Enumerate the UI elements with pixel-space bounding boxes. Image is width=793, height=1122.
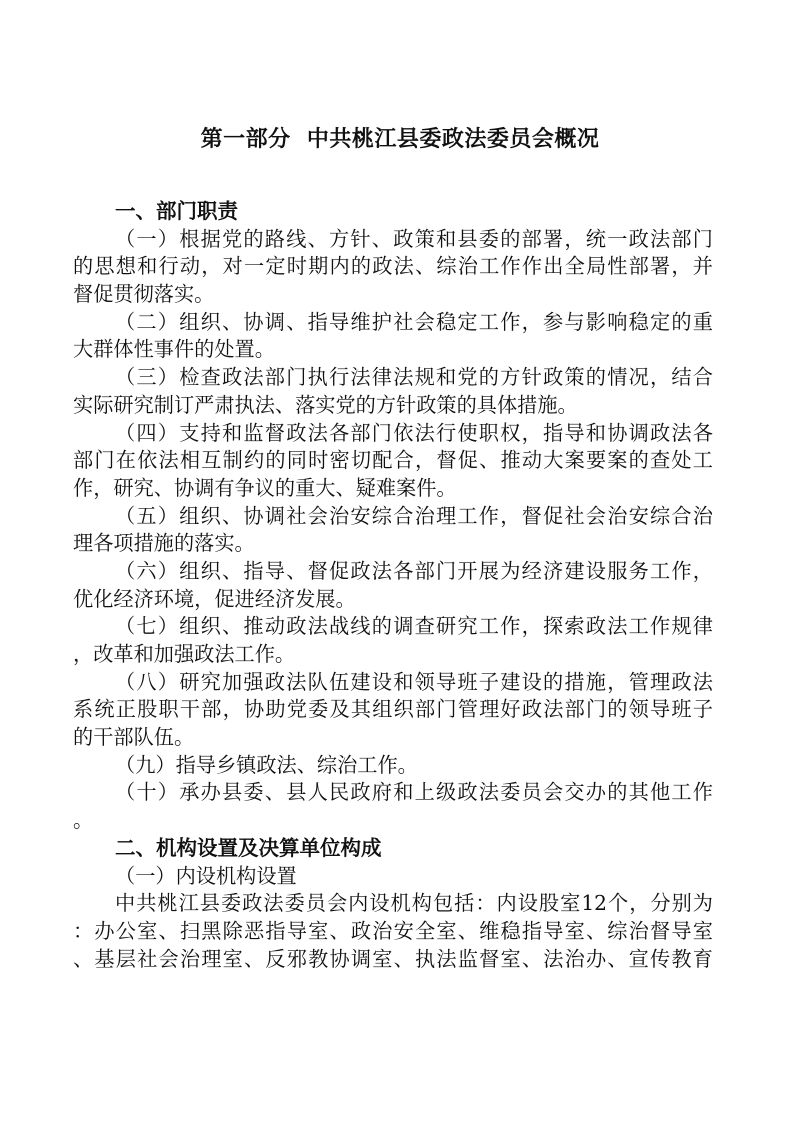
paragraph-line: 作，研究、协调有争议的重大、疑难案件。 bbox=[73, 475, 713, 503]
page-title: 第一部分 中共桃江县委政法委员会概况 bbox=[73, 122, 727, 153]
paragraph-line: 的思想和行动，对一定时期内的政法、综治工作作出全局性部署，并 bbox=[73, 253, 713, 281]
paragraph-line: （一）内设机构设置 bbox=[73, 863, 713, 891]
section-heading: 二、机构设置及决算单位构成 bbox=[73, 835, 713, 863]
paragraph-line: （九）指导乡镇政法、综治工作。 bbox=[73, 752, 713, 780]
paragraph-line: （一）根据党的路线、方针、政策和县委的部署，统一政法部门 bbox=[73, 226, 713, 254]
paragraph-line: 大群体性事件的处置。 bbox=[73, 336, 713, 364]
paragraph-line: 部门在依法相互制约的同时密切配合，督促、推动大案要案的查处工 bbox=[73, 447, 713, 475]
paragraph-line: （十）承办县委、县人民政府和上级政法委员会交办的其他工作 bbox=[73, 779, 713, 807]
paragraph-line: 系统正股职干部，协助党委及其组织部门管理好政法部门的领导班子 bbox=[73, 696, 713, 724]
paragraph-line: 中共桃江县委政法委员会内设机构包括：内设股室12个，分别为 bbox=[73, 890, 713, 918]
paragraph-line: （三）检查政法部门执行法律法规和党的方针政策的情况，结合 bbox=[73, 364, 713, 392]
paragraph-line: （七）组织、推动政法战线的调查研究工作，探索政法工作规律 bbox=[73, 613, 713, 641]
paragraph-line: （六）组织、指导、督促政法各部门开展为经济建设服务工作， bbox=[73, 558, 713, 586]
paragraph-line: 优化经济环境，促进经济发展。 bbox=[73, 586, 713, 614]
paragraph-line: ，改革和加强政法工作。 bbox=[73, 641, 713, 669]
paragraph-line: 实际研究制订严肃执法、落实党的方针政策的具体措施。 bbox=[73, 392, 713, 420]
paragraph-line: ：办公室、扫黑除恶指导室、政治安全室、维稳指导室、综治督导室 bbox=[73, 918, 713, 946]
paragraph-line: （四）支持和监督政法各部门依法行使职权，指导和协调政法各 bbox=[73, 420, 713, 448]
paragraph-line: （八）研究加强政法队伍建设和领导班子建设的措施，管理政法 bbox=[73, 669, 713, 697]
paragraph-line: 理各项措施的落实。 bbox=[73, 530, 713, 558]
paragraph-line: （二）组织、协调、指导维护社会稳定工作，参与影响稳定的重 bbox=[73, 309, 713, 337]
paragraph-line: 。 bbox=[73, 807, 713, 835]
document-body: 一、部门职责 （一）根据党的路线、方针、政策和县委的部署，统一政法部门的思想和行… bbox=[73, 198, 713, 973]
paragraph-line: 的干部队伍。 bbox=[73, 724, 713, 752]
paragraph-line: （五）组织、协调社会治安综合治理工作，督促社会治安综合治 bbox=[73, 503, 713, 531]
section-heading: 一、部门职责 bbox=[73, 198, 713, 226]
paragraph-line: 督促贯彻落实。 bbox=[73, 281, 713, 309]
paragraph-line: 、基层社会治理室、反邪教协调室、执法监督室、法治办、宣传教育 bbox=[73, 946, 713, 974]
